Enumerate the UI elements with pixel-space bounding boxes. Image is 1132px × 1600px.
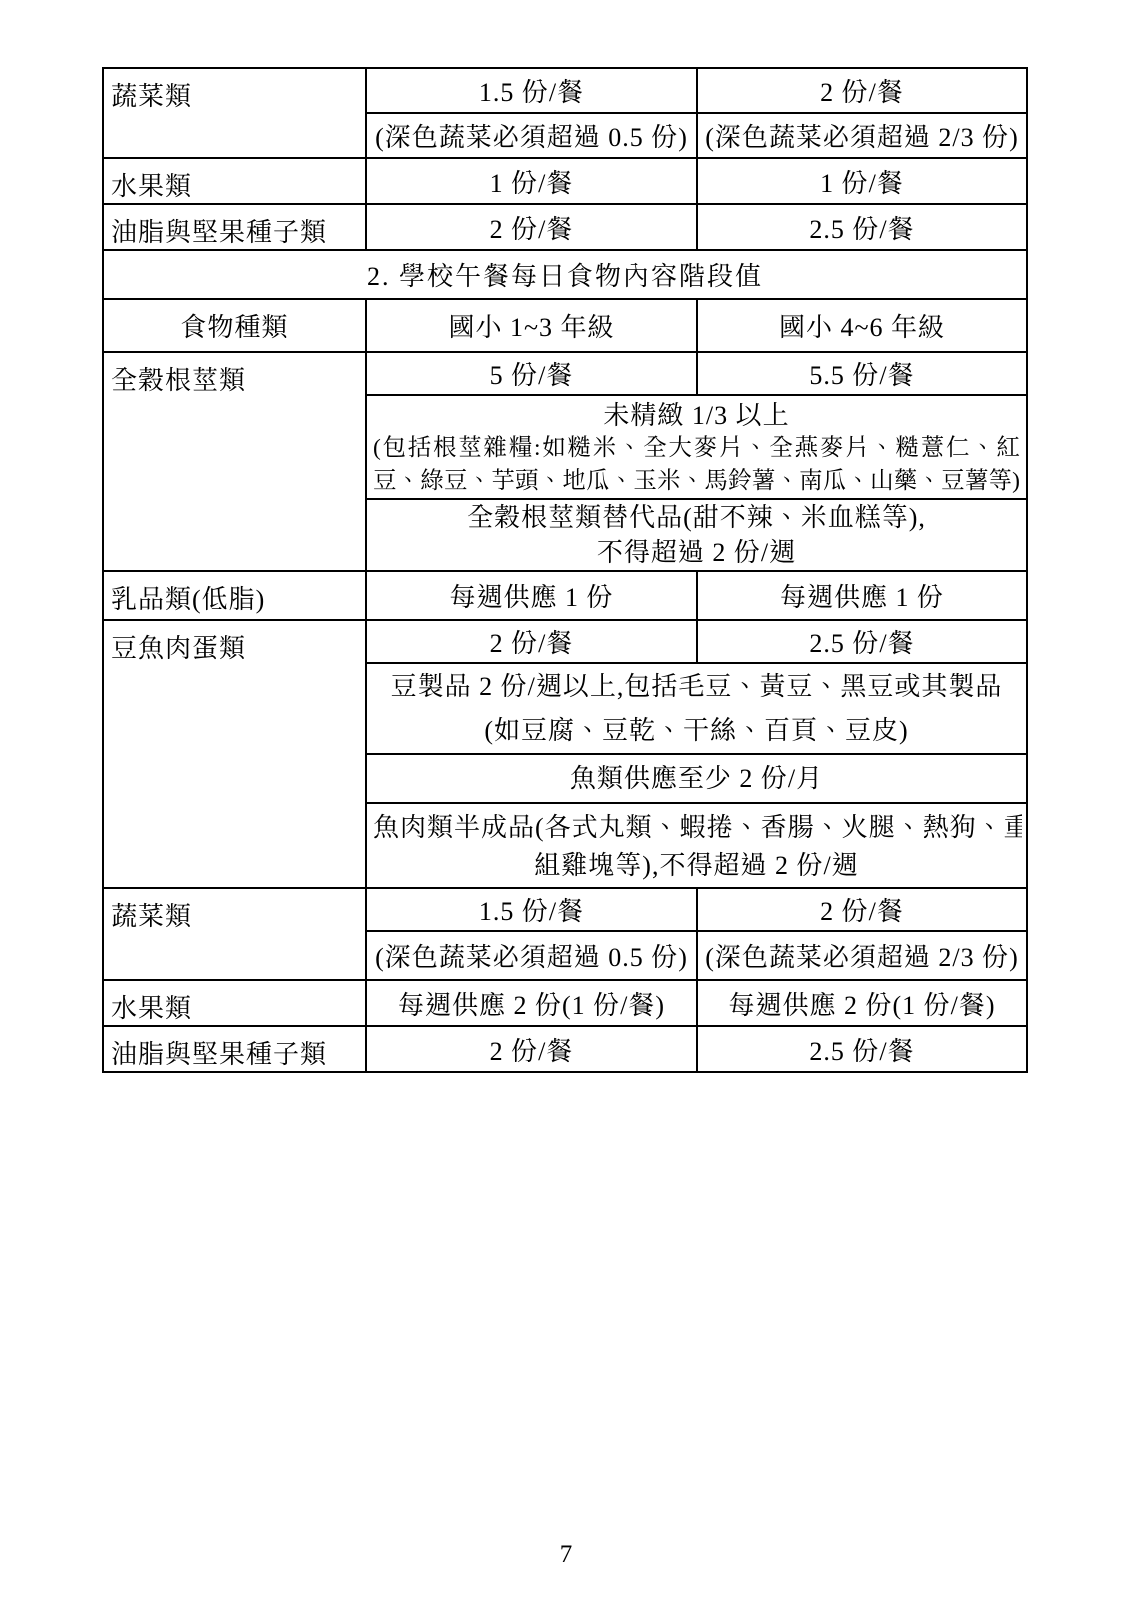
table-header-row: 食物種類 國小 1~3 年級 國小 4~6 年級: [103, 299, 1027, 352]
cell-grains-label: 全穀根莖類: [103, 352, 366, 571]
cell-protein-soy-note: 豆製品 2 份/週以上,包括毛豆、黃豆、黑豆或其製品 (如豆腐、豆乾、干絲、百頁…: [366, 663, 1027, 754]
note-line: 不得超過 2 份/週: [371, 535, 1022, 570]
table-row: 蔬菜類 1.5 份/餐 2 份/餐: [103, 68, 1027, 113]
cell-cont-fruit-grade46: 1 份/餐: [697, 158, 1027, 204]
cell-grains-unrefined-note: 未精緻 1/3 以上 (包括根莖雜糧:如糙米、全大麥片、全燕麥片、糙薏仁、紅 豆…: [366, 395, 1027, 499]
header-food-type: 食物種類: [103, 299, 366, 352]
document-page: { "page_number": "7", "table": { "contin…: [0, 0, 1132, 1600]
table-row: 全穀根莖類 5 份/餐 5.5 份/餐: [103, 352, 1027, 395]
cell-vegetables-note13: (深色蔬菜必須超過 0.5 份): [366, 931, 697, 980]
cell-vegetables-note46: (深色蔬菜必須超過 2/3 份): [697, 931, 1027, 980]
cell-dairy-grade46: 每週供應 1 份: [697, 571, 1027, 620]
cell-protein-grade13: 2 份/餐: [366, 620, 697, 663]
cell-cont-vegetables-note13: (深色蔬菜必須超過 0.5 份): [366, 113, 697, 158]
cell-cont-vegetables-label: 蔬菜類: [103, 68, 366, 158]
cell-fruit-grade46: 每週供應 2 份(1 份/餐): [697, 980, 1027, 1026]
table-row: 2. 學校午餐每日食物內容階段值: [103, 250, 1027, 299]
table-row: 水果類 1 份/餐 1 份/餐: [103, 158, 1027, 204]
table-container: 蔬菜類 1.5 份/餐 2 份/餐 (深色蔬菜必須超過 0.5 份) (深色蔬菜…: [102, 67, 1028, 1073]
cell-cont-oils-grade46: 2.5 份/餐: [697, 204, 1027, 250]
cell-vegetables-grade46: 2 份/餐: [697, 888, 1027, 931]
cell-cont-vegetables-grade46: 2 份/餐: [697, 68, 1027, 113]
cell-fruit-grade13: 每週供應 2 份(1 份/餐): [366, 980, 697, 1026]
note-line: (包括根莖雜糧:如糙米、全大麥片、全燕麥片、糙薏仁、紅: [371, 432, 1022, 465]
cell-cont-vegetables-grade13: 1.5 份/餐: [366, 68, 697, 113]
note-line: 豆製品 2 份/週以上,包括毛豆、黃豆、黑豆或其製品: [371, 665, 1022, 709]
table-row: 乳品類(低脂) 每週供應 1 份 每週供應 1 份: [103, 571, 1027, 620]
table-row: 豆魚肉蛋類 2 份/餐 2.5 份/餐: [103, 620, 1027, 663]
cell-cont-fruit-label: 水果類: [103, 158, 366, 204]
cell-cont-oils-label: 油脂與堅果種子類: [103, 204, 366, 250]
cell-oils-grade13: 2 份/餐: [366, 1026, 697, 1072]
cell-vegetables-grade13: 1.5 份/餐: [366, 888, 697, 931]
section-title: 2. 學校午餐每日食物內容階段值: [103, 250, 1027, 299]
note-line: 未精緻 1/3 以上: [371, 399, 1022, 432]
school-lunch-nutrition-table: 蔬菜類 1.5 份/餐 2 份/餐 (深色蔬菜必須超過 0.5 份) (深色蔬菜…: [102, 67, 1028, 1073]
cell-cont-vegetables-note46: (深色蔬菜必須超過 2/3 份): [697, 113, 1027, 158]
table-row: 油脂與堅果種子類 2 份/餐 2.5 份/餐: [103, 1026, 1027, 1072]
note-line: (如豆腐、豆乾、干絲、百頁、豆皮): [371, 709, 1022, 753]
note-line: 組雞塊等),不得超過 2 份/週: [371, 847, 1022, 885]
page-number: 7: [0, 1541, 1132, 1569]
cell-protein-label: 豆魚肉蛋類: [103, 620, 366, 888]
cell-grains-substitute-note: 全穀根莖類替代品(甜不辣、米血糕等), 不得超過 2 份/週: [366, 499, 1027, 571]
cell-oils-grade46: 2.5 份/餐: [697, 1026, 1027, 1072]
table-row: 水果類 每週供應 2 份(1 份/餐) 每週供應 2 份(1 份/餐): [103, 980, 1027, 1026]
cell-grains-grade46: 5.5 份/餐: [697, 352, 1027, 395]
cell-protein-fish-note: 魚類供應至少 2 份/月: [366, 754, 1027, 803]
cell-vegetables-label: 蔬菜類: [103, 888, 366, 980]
cell-oils-label: 油脂與堅果種子類: [103, 1026, 366, 1072]
header-grade46: 國小 4~6 年級: [697, 299, 1027, 352]
cell-cont-oils-grade13: 2 份/餐: [366, 204, 697, 250]
cell-protein-processed-note: 魚肉類半成品(各式丸類、蝦捲、香腸、火腿、熱狗、重 組雞塊等),不得超過 2 份…: [366, 803, 1027, 888]
cell-fruit-label: 水果類: [103, 980, 366, 1026]
note-line: 豆、綠豆、芋頭、地瓜、玉米、馬鈴薯、南瓜、山藥、豆薯等): [371, 465, 1022, 498]
cell-cont-fruit-grade13: 1 份/餐: [366, 158, 697, 204]
note-line: 魚肉類半成品(各式丸類、蝦捲、香腸、火腿、熱狗、重: [371, 809, 1022, 847]
header-grade13: 國小 1~3 年級: [366, 299, 697, 352]
table-row: 蔬菜類 1.5 份/餐 2 份/餐: [103, 888, 1027, 931]
cell-protein-grade46: 2.5 份/餐: [697, 620, 1027, 663]
cell-dairy-label: 乳品類(低脂): [103, 571, 366, 620]
cell-grains-grade13: 5 份/餐: [366, 352, 697, 395]
note-line: 全穀根莖類替代品(甜不辣、米血糕等),: [371, 500, 1022, 535]
table-row: 油脂與堅果種子類 2 份/餐 2.5 份/餐: [103, 204, 1027, 250]
cell-dairy-grade13: 每週供應 1 份: [366, 571, 697, 620]
